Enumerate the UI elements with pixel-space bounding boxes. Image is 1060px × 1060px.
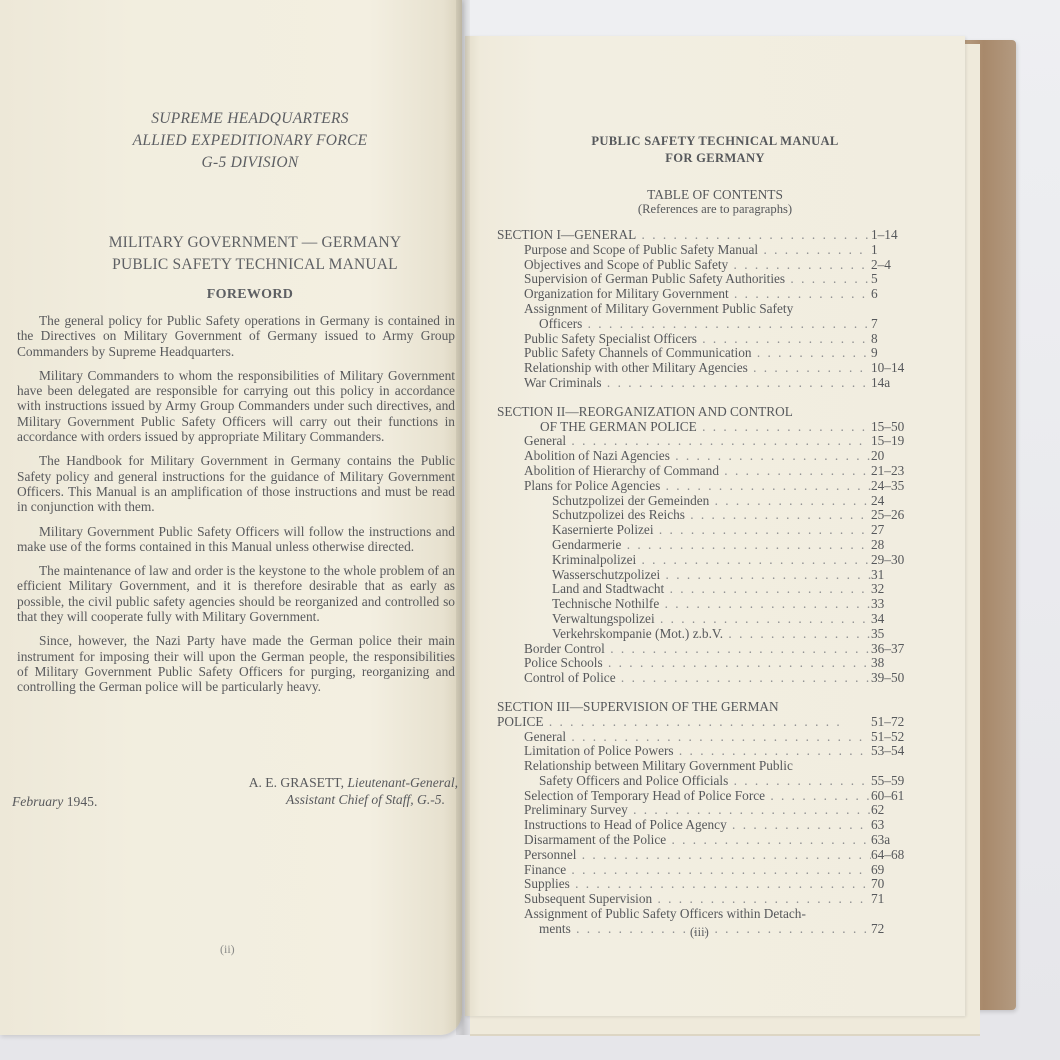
leader-dots: . . . . . . . . . . . . . . . . . . . . … <box>758 243 871 257</box>
toc-entry-cont: Safety Officers and Police Officials . .… <box>497 774 929 789</box>
toc-label: Border Control <box>524 642 605 656</box>
leader-dots: . . . . . . . . . . . . . . . . . . . . … <box>666 833 871 847</box>
toc-label: Personnel <box>524 848 576 862</box>
toc-label: Public Safety Specialist Officers <box>524 332 697 346</box>
toc-label: Instructions to Head of Police Agency <box>524 818 727 832</box>
toc-section-heading: SECTION II—REORGANIZATION AND CONTROL <box>497 405 929 420</box>
leader-dots: . . . . . . . . . . . . . . . . . . . . … <box>685 508 871 522</box>
foreword-paragraph: Since, however, the Nazi Party have made… <box>17 633 455 694</box>
toc-reference: 51–72 <box>871 715 929 730</box>
foreword-paragraph: The general policy for Public Safety ope… <box>17 313 455 359</box>
toc-label: Schutzpolizei der Gemeinden <box>552 494 709 508</box>
toc-heading: TABLE OF CONTENTS <box>500 188 930 202</box>
toc-label: Abolition of Nazi Agencies <box>524 449 670 463</box>
toc-entry: Subsequent Supervision . . . . . . . . .… <box>497 892 929 907</box>
toc-label: General <box>524 434 566 448</box>
toc-reference: 9 <box>871 346 929 361</box>
toc-entry: Preliminary Survey . . . . . . . . . . .… <box>497 803 929 818</box>
leader-dots: . . . . . . . . . . . . . . . . . . . . … <box>728 774 871 788</box>
toc-reference: 36–37 <box>871 642 929 657</box>
signatory-name: A. E. GRASETT, <box>249 775 344 790</box>
page-number-left: (ii) <box>220 942 235 957</box>
toc-reference: 71 <box>871 892 929 907</box>
toc-label: SECTION III—SUPERVISION OF THE GERMAN <box>497 700 779 714</box>
toc-section-heading-cont: POLICE . . . . . . . . . . . . . . . . .… <box>497 715 929 730</box>
section-spacer <box>497 686 929 700</box>
toc-reference: 8 <box>871 332 929 347</box>
toc-entry: Abolition of Nazi Agencies . . . . . . .… <box>497 449 929 464</box>
toc-reference: 1 <box>871 243 929 258</box>
foreword-paragraph: The Handbook for Military Government in … <box>17 453 455 514</box>
toc-reference: 15–50 <box>871 420 929 435</box>
toc-label: Relationship with other Military Agencie… <box>524 361 748 375</box>
toc-entry: War Criminals . . . . . . . . . . . . . … <box>497 376 929 391</box>
toc-entry: Selection of Temporary Head of Police Fo… <box>497 789 929 804</box>
toc-reference: 64–68 <box>871 848 929 863</box>
toc-entry: Instructions to Head of Police Agency . … <box>497 818 929 833</box>
toc-reference: 69 <box>871 863 929 878</box>
toc-entry-cont: Officers . . . . . . . . . . . . . . . .… <box>497 317 929 332</box>
toc-entry: Relationship between Military Government… <box>497 759 929 774</box>
leader-dots: . . . . . . . . . . . . . . . . . . . . … <box>654 523 871 537</box>
toc-label: Safety Officers and Police Officials <box>539 774 728 788</box>
toc-entry: Police Schools . . . . . . . . . . . . .… <box>497 656 929 671</box>
title-line: PUBLIC SAFETY TECHNICAL MANUAL <box>70 254 440 276</box>
foreword-paragraph: Military Government Public Safety Office… <box>17 524 455 555</box>
toc-entry: Kriminalpolizei . . . . . . . . . . . . … <box>497 553 929 568</box>
toc-label: Police Schools <box>524 656 603 670</box>
leader-dots: . . . . . . . . . . . . . . . . . . . . … <box>709 494 871 508</box>
toc-reference: 70 <box>871 877 929 892</box>
section-spacer <box>497 391 929 405</box>
toc-reference: 62 <box>871 803 929 818</box>
toc-entry: Technische Nothilfe . . . . . . . . . . … <box>497 597 929 612</box>
toc-reference: 27 <box>871 523 929 538</box>
leader-dots: . . . . . . . . . . . . . . . . . . . . … <box>660 479 871 493</box>
leader-dots: . . . . . . . . . . . . . . . . . . . . … <box>652 892 871 906</box>
book-gutter <box>456 0 470 1035</box>
toc-reference: 63a <box>871 833 929 848</box>
leader-dots: . . . . . . . . . . . . . . . . . . . . … <box>659 597 871 611</box>
leader-dots: . . . . . . . . . . . . . . . . . . . . … <box>576 848 871 862</box>
toc-section-heading-cont: OF THE GERMAN POLICE . . . . . . . . . .… <box>497 420 929 435</box>
leader-dots: . . . . . . . . . . . . . . . . . . . . … <box>674 744 871 758</box>
toc-label: Purpose and Scope of Public Safety Manua… <box>524 243 758 257</box>
toc-entry: Gendarmerie . . . . . . . . . . . . . . … <box>497 538 929 553</box>
toc-label: Finance <box>524 863 566 877</box>
toc-reference: 60–61 <box>871 789 929 804</box>
toc-reference: 6 <box>871 287 929 302</box>
toc-heading-block: TABLE OF CONTENTS (References are to par… <box>500 188 930 216</box>
leader-dots: . . . . . . . . . . . . . . . . . . . . … <box>605 642 871 656</box>
toc-label: Verkehrskompanie (Mot.) z.b.V. <box>552 627 723 641</box>
toc-label: Gendarmerie <box>552 538 621 552</box>
toc-reference: 15–19 <box>871 434 929 449</box>
toc-entry: Land and Stadtwacht . . . . . . . . . . … <box>497 582 929 597</box>
leader-dots: . . . . . . . . . . . . . . . . . . . . … <box>728 258 871 272</box>
toc-label: Limitation of Police Powers <box>524 744 674 758</box>
toc-entry: Assignment of Military Government Public… <box>497 302 929 317</box>
toc-subheading: (References are to paragraphs) <box>500 202 930 216</box>
toc-reference: 28 <box>871 538 929 553</box>
manual-title: MILITARY GOVERNMENT — GERMANY PUBLIC SAF… <box>70 232 440 276</box>
left-page: SUPREME HEADQUARTERS ALLIED EXPEDITIONAR… <box>0 0 462 1035</box>
toc-label: Preliminary Survey <box>524 803 628 817</box>
toc-reference: 5 <box>871 272 929 287</box>
toc-entry: Public Safety Specialist Officers . . . … <box>497 332 929 347</box>
toc-label: Public Safety Channels of Communication <box>524 346 752 360</box>
toc-label: OF THE GERMAN POLICE <box>540 420 697 434</box>
toc-label: Assignment of Public Safety Officers wit… <box>524 907 806 921</box>
table-of-contents: SECTION I—GENERAL . . . . . . . . . . . … <box>497 228 929 937</box>
leader-dots: . . . . . . . . . . . . . . . . . . . . … <box>621 538 871 552</box>
leader-dots: . . . . . . . . . . . . . . . . . . . . … <box>566 730 864 744</box>
toc-section-heading: SECTION III—SUPERVISION OF THE GERMAN <box>497 700 929 715</box>
page-number-right: (iii) <box>690 925 709 940</box>
toc-entry: General . . . . . . . . . . . . . . . . … <box>497 730 929 745</box>
toc-label: Abolition of Hierarchy of Command <box>524 464 719 478</box>
toc-reference: 63 <box>871 818 929 833</box>
leader-dots: . . . . . . . . . . . . . . . . . . . . … <box>719 464 871 478</box>
toc-label: Kasernierte Polizei <box>552 523 654 537</box>
leader-dots: . . . . . . . . . . . . . . . . . . . . … <box>765 789 871 803</box>
leader-dots: . . . . . . . . . . . . . . . . . . . . … <box>655 612 871 626</box>
toc-label: Supplies <box>524 877 570 891</box>
foreword-body: The general policy for Public Safety ope… <box>17 313 455 704</box>
toc-entry: Objectives and Scope of Public Safety . … <box>497 258 929 273</box>
toc-label: War Criminals <box>524 376 602 390</box>
toc-entry-cont: ments . . . . . . . . . . . . . . . . . … <box>497 922 929 937</box>
leader-dots: . . . . . . . . . . . . . . . . . . . . … <box>748 361 871 375</box>
toc-label: Wasserschutzpolizei <box>552 568 660 582</box>
toc-entry: Abolition of Hierarchy of Command . . . … <box>497 464 929 479</box>
toc-section-heading: SECTION I—GENERAL . . . . . . . . . . . … <box>497 228 929 243</box>
toc-entry: Organization for Military Government . .… <box>497 287 929 302</box>
toc-reference: 55–59 <box>871 774 929 789</box>
leader-dots: . . . . . . . . . . . . . . . . . . . . … <box>636 228 871 242</box>
toc-entry: Control of Police . . . . . . . . . . . … <box>497 671 929 686</box>
toc-entry: Supervision of German Public Safety Auth… <box>497 272 929 287</box>
toc-entry: Limitation of Police Powers . . . . . . … <box>497 744 929 759</box>
toc-label: Technische Nothilfe <box>552 597 659 611</box>
toc-entry: Disarmament of the Police . . . . . . . … <box>497 833 929 848</box>
leader-dots: . . . . . . . . . . . . . . . . . . . . … <box>571 922 869 936</box>
foreword-heading: FOREWORD <box>60 287 440 303</box>
leader-dots: . . . . . . . . . . . . . . . . . . . . … <box>603 656 871 670</box>
toc-label: SECTION II—REORGANIZATION AND CONTROL <box>497 405 793 419</box>
foreword-date: February 1945. <box>12 794 97 810</box>
toc-label: Kriminalpolizei <box>552 553 636 567</box>
toc-label: General <box>524 730 566 744</box>
toc-label: Schutzpolizei des Reichs <box>552 508 685 522</box>
leader-dots: . . . . . . . . . . . . . . . . . . . . … <box>636 553 871 567</box>
signatory-rank: Lieutenant-General, <box>347 775 458 790</box>
foreword-paragraph: Military Commanders to whom the responsi… <box>17 368 455 444</box>
toc-label: ments <box>539 922 571 936</box>
toc-label: Disarmament of the Police <box>524 833 666 847</box>
leader-dots: . . . . . . . . . . . . . . . . . . . . … <box>727 818 871 832</box>
toc-entry: Finance . . . . . . . . . . . . . . . . … <box>497 863 929 878</box>
toc-reference: 29–30 <box>871 553 929 568</box>
issuing-authority: SUPREME HEADQUARTERS ALLIED EXPEDITIONAR… <box>60 108 440 174</box>
toc-reference: 10–14 <box>871 361 929 376</box>
toc-entry: Schutzpolizei des Reichs . . . . . . . .… <box>497 508 929 523</box>
signatory-position: Assistant Chief of Staff, G.-5. <box>200 792 445 808</box>
toc-entry: Wasserschutzpolizei . . . . . . . . . . … <box>497 568 929 583</box>
toc-reference: 1–14 <box>871 228 929 243</box>
leader-dots: . . . . . . . . . . . . . . . . . . . . … <box>752 346 872 360</box>
toc-entry: Verwaltungspolizei . . . . . . . . . . .… <box>497 612 929 627</box>
leader-dots: . . . . . . . . . . . . . . . . . . . . … <box>566 434 864 448</box>
toc-reference: 24–35 <box>871 479 929 494</box>
toc-reference: 34 <box>871 612 929 627</box>
date-year: 1945. <box>67 794 98 809</box>
toc-label: Subsequent Supervision <box>524 892 652 906</box>
leader-dots: . . . . . . . . . . . . . . . . . . . . … <box>785 272 871 286</box>
toc-reference: 72 <box>871 922 929 937</box>
leader-dots: . . . . . . . . . . . . . . . . . . . . … <box>616 671 871 685</box>
toc-reference: 24 <box>871 494 929 509</box>
toc-reference: 38 <box>871 656 929 671</box>
toc-reference: 7 <box>871 317 929 332</box>
toc-label: Control of Police <box>524 671 616 685</box>
toc-entry: Border Control . . . . . . . . . . . . .… <box>497 642 929 657</box>
toc-label: Plans for Police Agencies <box>524 479 660 493</box>
toc-reference: 14a <box>871 376 929 391</box>
toc-reference: 32 <box>871 582 929 597</box>
toc-entry: General . . . . . . . . . . . . . . . . … <box>497 434 929 449</box>
toc-label: Relationship between Military Government… <box>524 759 793 773</box>
toc-label: Supervision of German Public Safety Auth… <box>524 272 785 286</box>
toc-entry: Supplies . . . . . . . . . . . . . . . .… <box>497 877 929 892</box>
leader-dots: . . . . . . . . . . . . . . . . . . . . … <box>660 568 871 582</box>
toc-entry: Assignment of Public Safety Officers wit… <box>497 907 929 922</box>
toc-entry: Plans for Police Agencies . . . . . . . … <box>497 479 929 494</box>
toc-label: Objectives and Scope of Public Safety <box>524 258 728 272</box>
toc-entry: Verkehrskompanie (Mot.) z.b.V. . . . . .… <box>497 627 929 642</box>
toc-label: Organization for Military Government <box>524 287 729 301</box>
toc-entry: Personnel . . . . . . . . . . . . . . . … <box>497 848 929 863</box>
toc-label: Land and Stadtwacht <box>552 582 664 596</box>
header-line: G-5 DIVISION <box>60 152 440 174</box>
toc-reference: 35 <box>871 627 929 642</box>
leader-dots: . . . . . . . . . . . . . . . . . . . . … <box>566 863 864 877</box>
leader-dots: . . . . . . . . . . . . . . . . . . . . … <box>570 877 868 891</box>
toc-label: Verwaltungspolizei <box>552 612 655 626</box>
toc-label: Selection of Temporary Head of Police Fo… <box>524 789 765 803</box>
toc-entry: Purpose and Scope of Public Safety Manua… <box>497 243 929 258</box>
signature-name-line: A. E. GRASETT, Lieutenant-General, <box>200 775 458 791</box>
title-line: MILITARY GOVERNMENT — GERMANY <box>70 232 440 254</box>
toc-entry: Relationship with other Military Agencie… <box>497 361 929 376</box>
toc-reference: 20 <box>871 449 929 464</box>
toc-reference: 21–23 <box>871 464 929 479</box>
leader-dots: . . . . . . . . . . . . . . . . . . . . … <box>544 715 842 729</box>
date-month: February <box>12 794 63 809</box>
toc-page-title: PUBLIC SAFETY TECHNICAL MANUAL FOR GERMA… <box>500 133 930 167</box>
title-line: FOR GERMANY <box>500 150 930 167</box>
toc-reference: 25–26 <box>871 508 929 523</box>
toc-reference: 2–4 <box>871 258 929 273</box>
toc-reference: 31 <box>871 568 929 583</box>
leader-dots: . . . . . . . . . . . . . . . . . . . . … <box>602 376 871 390</box>
leader-dots: . . . . . . . . . . . . . . . . . . . . … <box>670 449 871 463</box>
toc-reference: 51–52 <box>871 730 929 745</box>
leader-dots: . . . . . . . . . . . . . . . . . . . . … <box>723 627 871 641</box>
toc-reference: 53–54 <box>871 744 929 759</box>
header-line: ALLIED EXPEDITIONARY FORCE <box>60 130 440 152</box>
leader-dots: . . . . . . . . . . . . . . . . . . . . … <box>628 803 871 817</box>
leader-dots: . . . . . . . . . . . . . . . . . . . . … <box>697 332 871 346</box>
toc-label: POLICE <box>497 715 544 729</box>
toc-entry: Public Safety Channels of Communication … <box>497 346 929 361</box>
leader-dots: . . . . . . . . . . . . . . . . . . . . … <box>697 420 871 434</box>
toc-entry: Kasernierte Polizei . . . . . . . . . . … <box>497 523 929 538</box>
leader-dots: . . . . . . . . . . . . . . . . . . . . … <box>729 287 871 301</box>
leader-dots: . . . . . . . . . . . . . . . . . . . . … <box>582 317 871 331</box>
header-line: SUPREME HEADQUARTERS <box>60 108 440 130</box>
toc-entry: Schutzpolizei der Gemeinden . . . . . . … <box>497 494 929 509</box>
toc-label: SECTION I—GENERAL <box>497 228 636 242</box>
toc-label: Assignment of Military Government Public… <box>524 302 793 316</box>
toc-label: Officers <box>539 317 582 331</box>
title-line: PUBLIC SAFETY TECHNICAL MANUAL <box>500 133 930 150</box>
toc-reference: 33 <box>871 597 929 612</box>
toc-reference: 39–50 <box>871 671 929 686</box>
leader-dots: . . . . . . . . . . . . . . . . . . . . … <box>664 582 871 596</box>
foreword-paragraph: The maintenance of law and order is the … <box>17 563 455 624</box>
